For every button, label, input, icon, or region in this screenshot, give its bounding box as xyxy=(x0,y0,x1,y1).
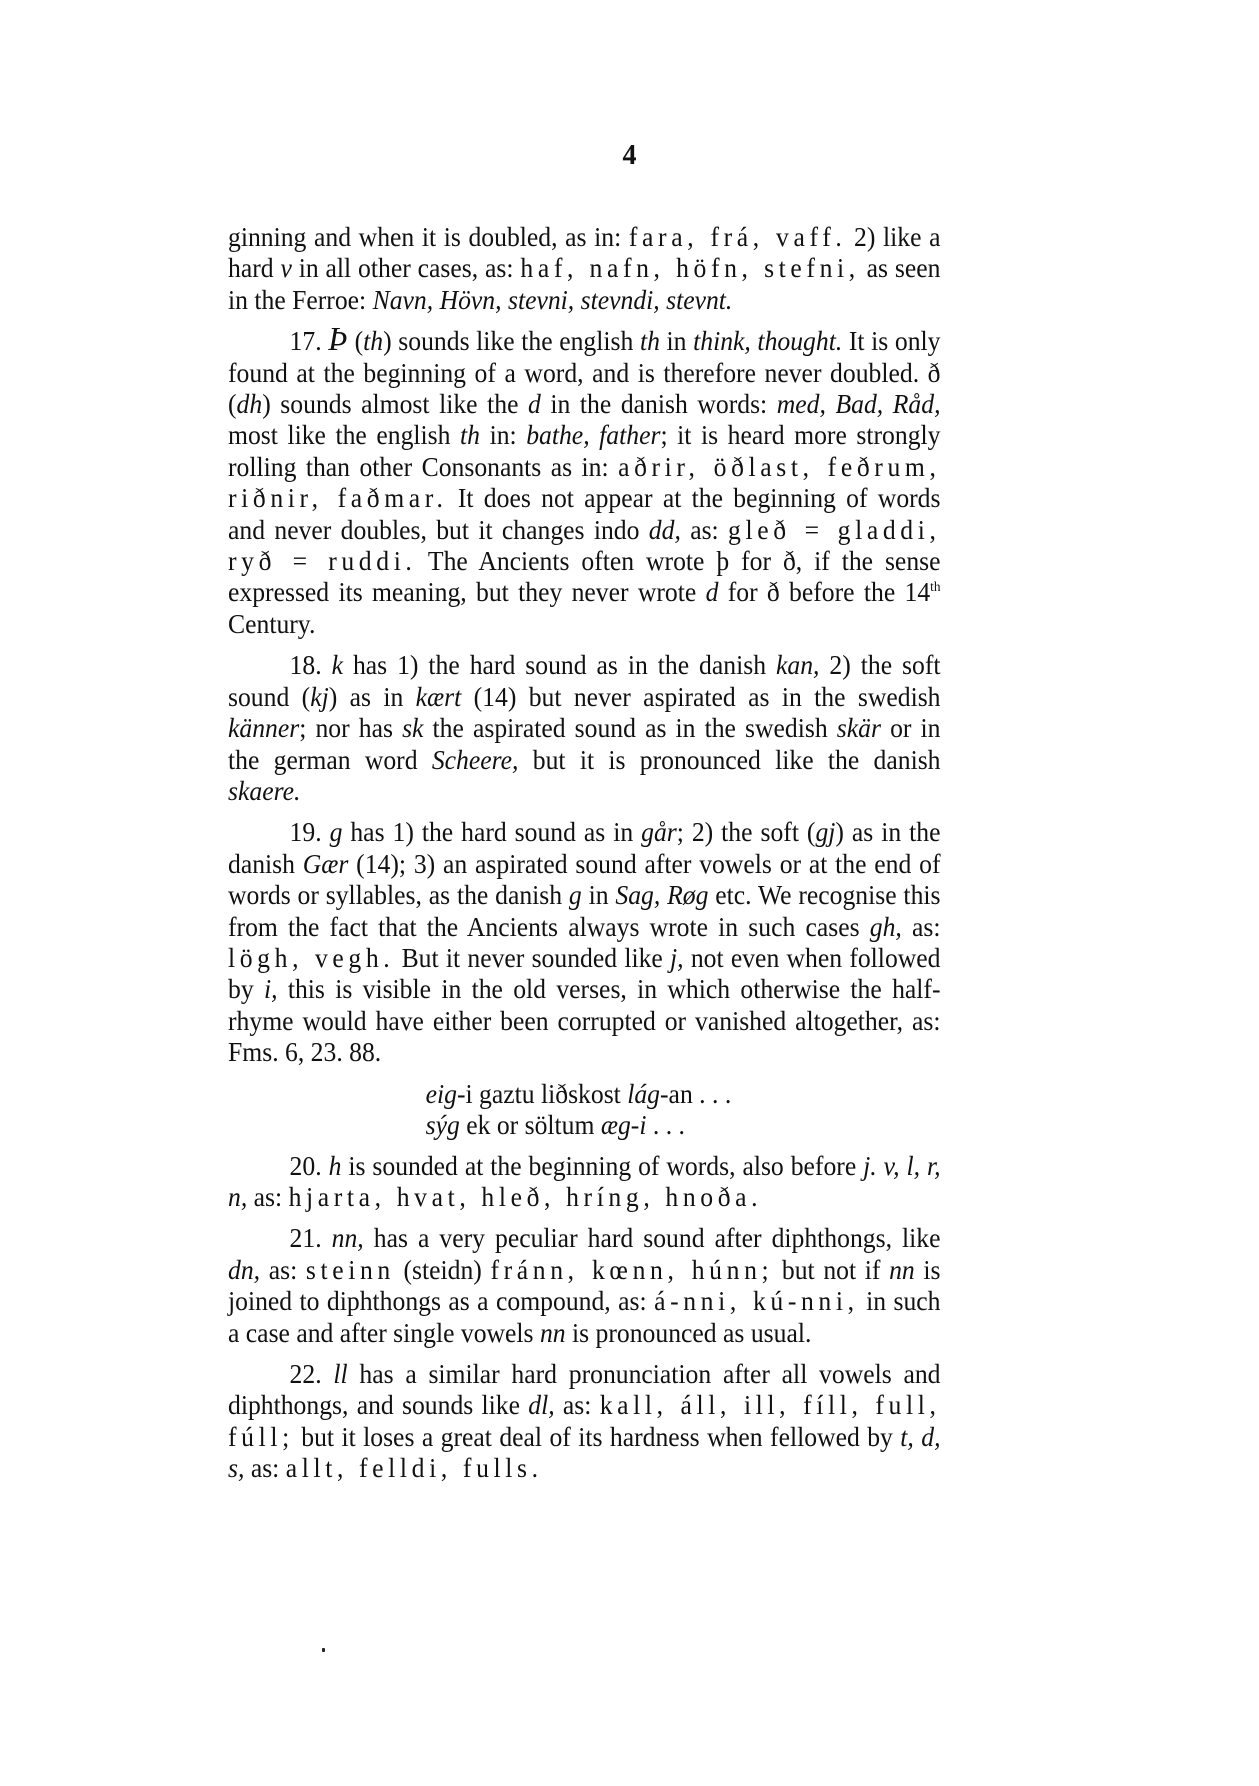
section-number: 20. xyxy=(290,1151,329,1181)
section-19: 19. g has 1) the hard sound as in går; 2… xyxy=(228,817,941,1068)
section-number: 19. xyxy=(290,817,330,847)
page-number: 4 xyxy=(0,140,1259,172)
section-20: 20. h is sounded at the beginning of wor… xyxy=(228,1151,941,1214)
section-18: 18. k has 1) the hard sound as in the da… xyxy=(228,650,941,807)
section-number: 17. xyxy=(290,326,329,356)
verse-line: eig-i gaztu liðskost lág-an . . . xyxy=(426,1079,941,1110)
scan-artifact-dot xyxy=(322,1648,325,1652)
section-22: 22. ll has a similar hard pronunciation … xyxy=(228,1359,941,1485)
body-text: ginning and when it is doubled, as in: f… xyxy=(228,222,941,1485)
section-21: 21. nn, has a very peculiar hard sound a… xyxy=(228,1223,941,1349)
verse-line: sýg ek or söltum æg-i . . . xyxy=(426,1110,941,1141)
paragraph-continuation: ginning and when it is doubled, as in: f… xyxy=(228,222,941,316)
section-number: 21. xyxy=(290,1223,332,1253)
section-number: 22. xyxy=(290,1359,334,1389)
verse-quotation: eig-i gaztu liðskost lág-an . . . sýg ek… xyxy=(228,1079,941,1141)
section-number: 18. xyxy=(290,650,332,680)
section-17: 17. Þ (th) sounds like the english th in… xyxy=(228,326,941,640)
